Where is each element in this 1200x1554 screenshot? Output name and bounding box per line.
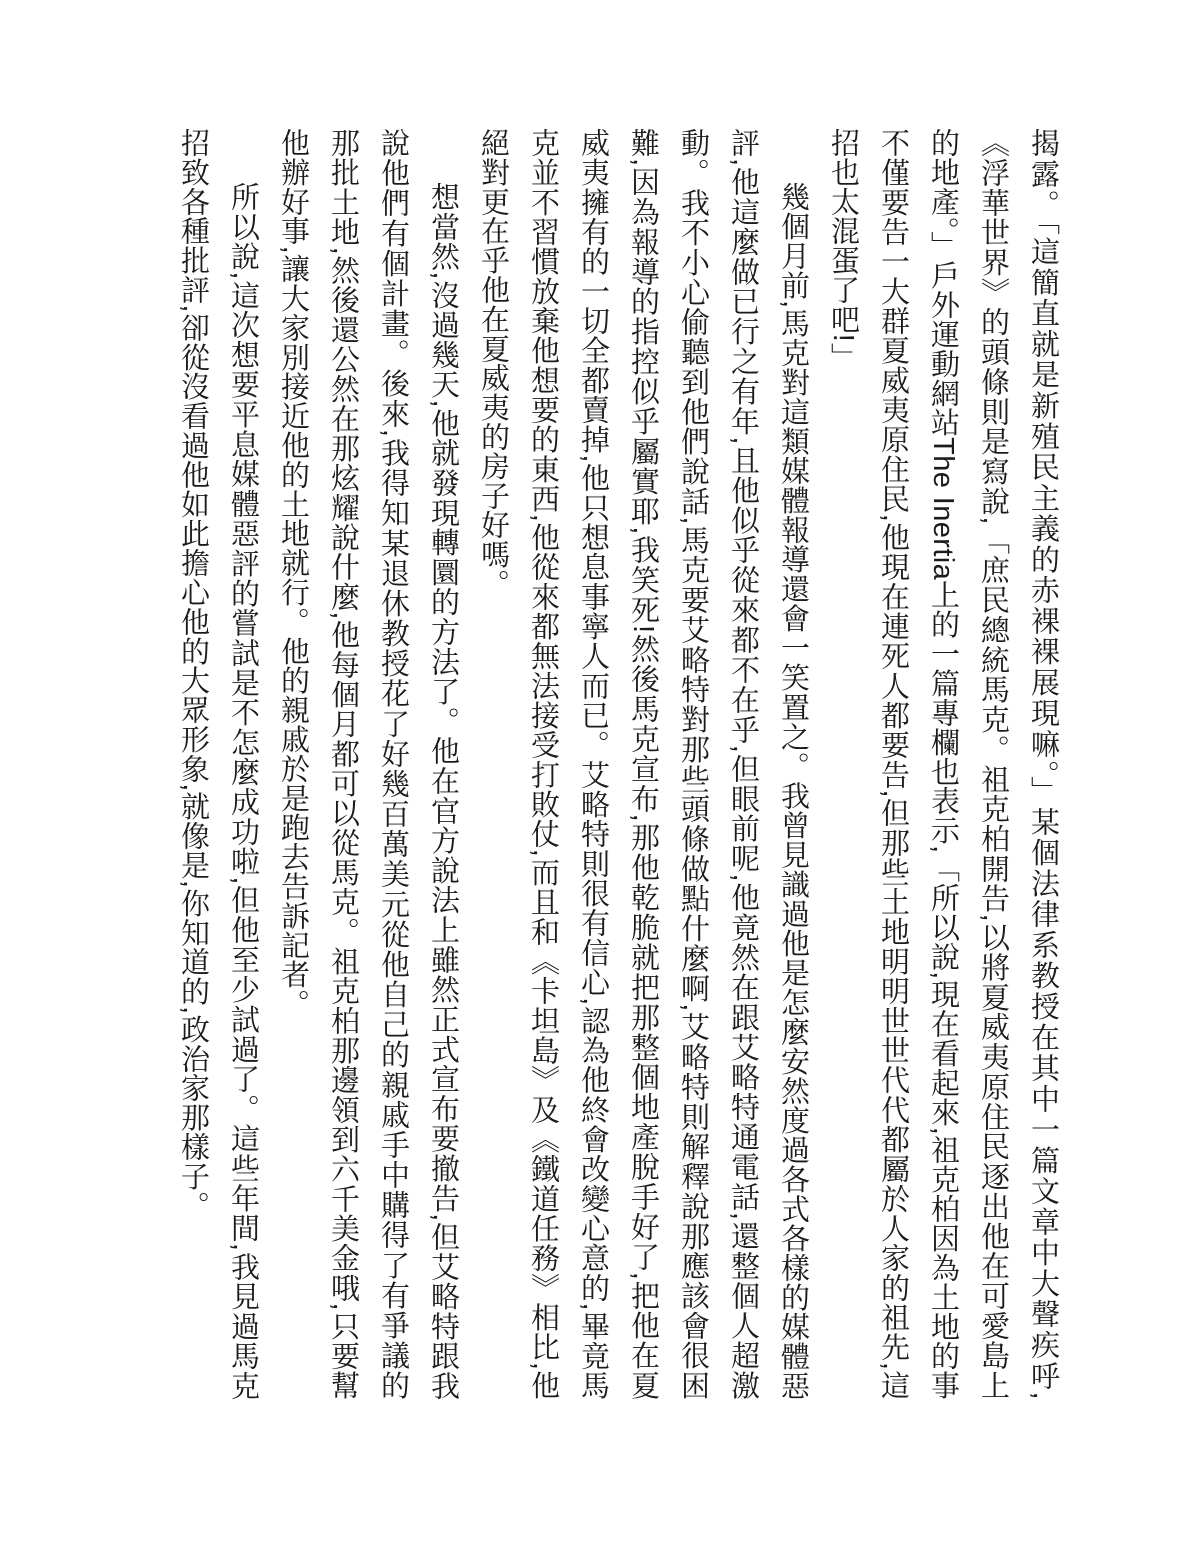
paragraph-3: 想當然,沒過幾天,他就發現轉圜的方法了。他在官方說法上雖然正式宣布要撤告,但艾略…: [268, 128, 468, 1400]
paragraph-1: 揭露。「這簡直就是新殖民主義的赤裸裸展現嘛。」某個法律系教授在其中一篇文章中大聲…: [818, 128, 1068, 1400]
book-page: 揭露。「這簡直就是新殖民主義的赤裸裸展現嘛。」某個法律系教授在其中一篇文章中大聲…: [0, 0, 1200, 1554]
paragraph-2: 幾個月前,馬克對這類媒體報導還會一笑置之。我曾見識過他是怎麼安然度過各式各樣的媒…: [468, 128, 818, 1400]
vertical-text-block: 揭露。「這簡直就是新殖民主義的赤裸裸展現嘛。」某個法律系教授在其中一篇文章中大聲…: [168, 128, 1068, 1400]
paragraph-4: 所以說,這次想要平息媒體惡評的嘗試是不怎麼成功啦,但他至少試過了。這些年間,我見…: [168, 128, 268, 1400]
